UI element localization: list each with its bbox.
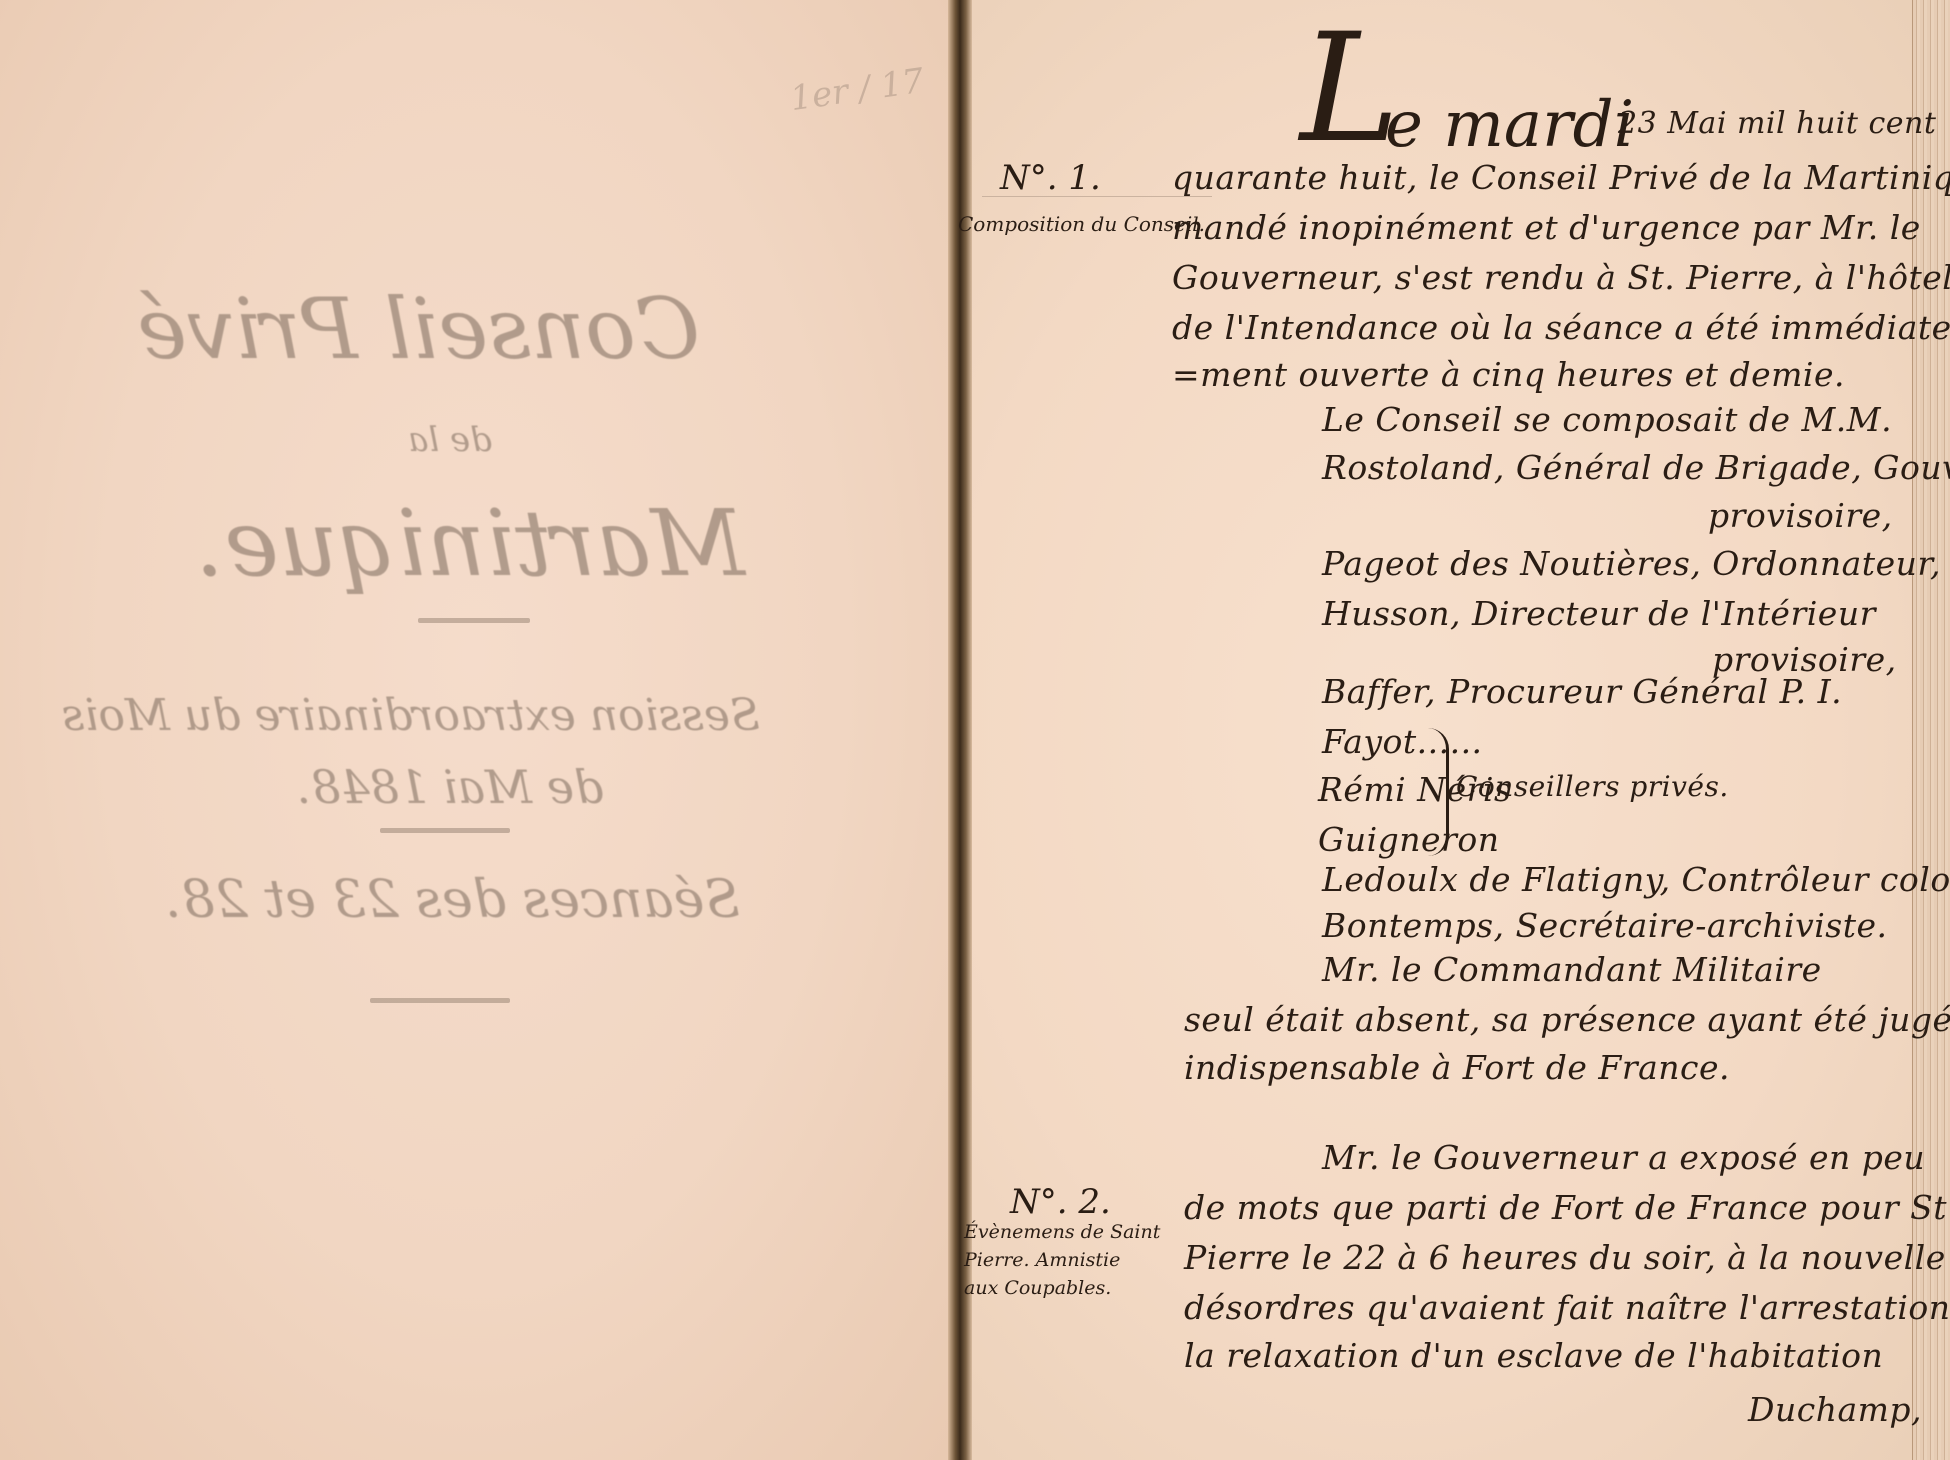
member-line: Guigneron: [1318, 820, 1499, 859]
margin-entry-heading-1: Composition du Conseil.: [958, 210, 1205, 238]
member-line: Bontemps, Secrétaire-archiviste.: [1322, 906, 1888, 945]
text-line: la relaxation d'un esclave de l'habitati…: [1184, 1336, 1883, 1375]
text-line: désordres qu'avaient fait naître l'arres…: [1184, 1288, 1950, 1327]
bleed-seances: Séances des 23 et 28.: [180, 870, 740, 930]
bleed-divider: [418, 618, 530, 623]
text-line: Gouverneur, s'est rendu à St. Pierre, à …: [1172, 258, 1950, 297]
margin-entry-number-1: N°. 1.: [1000, 158, 1101, 198]
member-line: Ledoulx de Flatigny, Contrôleur colonial…: [1322, 860, 1950, 899]
margin-entry-heading-2-line3: aux Coupables.: [964, 1274, 1111, 1302]
bleed-session-line1: Session extraordinaire du Mois: [120, 690, 760, 741]
member-line: Rostoland, Général de Brigade, Gouverneu…: [1322, 448, 1950, 487]
bleed-martinique: Martinique.: [190, 490, 750, 597]
bleed-title: Conseil Privé: [180, 280, 700, 378]
brace-label: Conseillers privés.: [1456, 770, 1729, 803]
bleed-divider: [370, 998, 510, 1003]
margin-entry-heading-2-line2: Pierre. Amnistie: [964, 1246, 1120, 1274]
margin-entry-heading-2-line1: Évènemens de Saint: [964, 1218, 1160, 1246]
bleed-session-line2: de Mai 1848.: [240, 760, 660, 814]
text-line: indispensable à Fort de France.: [1184, 1048, 1730, 1087]
member-line: Fayot......: [1322, 722, 1483, 761]
text-line: de l'Intendance où la séance a été imméd…: [1172, 308, 1950, 347]
member-line: Husson, Directeur de l'Intérieur: [1322, 594, 1876, 633]
text-line: Mr. le Commandant Militaire: [1322, 950, 1822, 989]
margin-entry-number-2: N°. 2.: [1010, 1182, 1111, 1222]
members-intro: Le Conseil se composait de M.M.: [1322, 400, 1892, 439]
text-line: de mots que parti de Fort de France pour…: [1184, 1188, 1950, 1227]
text-line: Duchamp,: [1748, 1390, 1922, 1429]
text-line: Mr. le Gouverneur a exposé en peu: [1322, 1138, 1925, 1177]
text-line: quarante huit, le Conseil Privé de la Ma…: [1172, 158, 1950, 197]
open-book-spread: 1er / 17 Conseil Privé de la Martinique.…: [0, 0, 1950, 1460]
bleed-de-la: de la: [380, 420, 520, 460]
pencil-folio-mark: 1er / 17: [788, 61, 927, 119]
member-line: provisoire,: [1708, 496, 1893, 535]
text-line: =ment ouverte à cinq heures et demie.: [1172, 355, 1845, 394]
brace-symbol: [1428, 728, 1449, 856]
text-line: seul était absent, sa présence ayant été…: [1184, 1000, 1950, 1039]
member-line: Baffer, Procureur Général P. I.: [1322, 672, 1842, 711]
left-page: 1er / 17 Conseil Privé de la Martinique.…: [0, 0, 948, 1460]
opening-line-rest: 23 Mai mil huit cent: [1618, 106, 1936, 141]
opening-word: e mardi: [1385, 88, 1634, 162]
text-line: mandé inopinément et d'urgence par Mr. l…: [1172, 208, 1921, 247]
member-line: Pageot des Noutières, Ordonnateur,: [1322, 544, 1941, 583]
bleed-divider: [380, 828, 510, 833]
text-line: Pierre le 22 à 6 heures du soir, à la no…: [1184, 1238, 1950, 1277]
